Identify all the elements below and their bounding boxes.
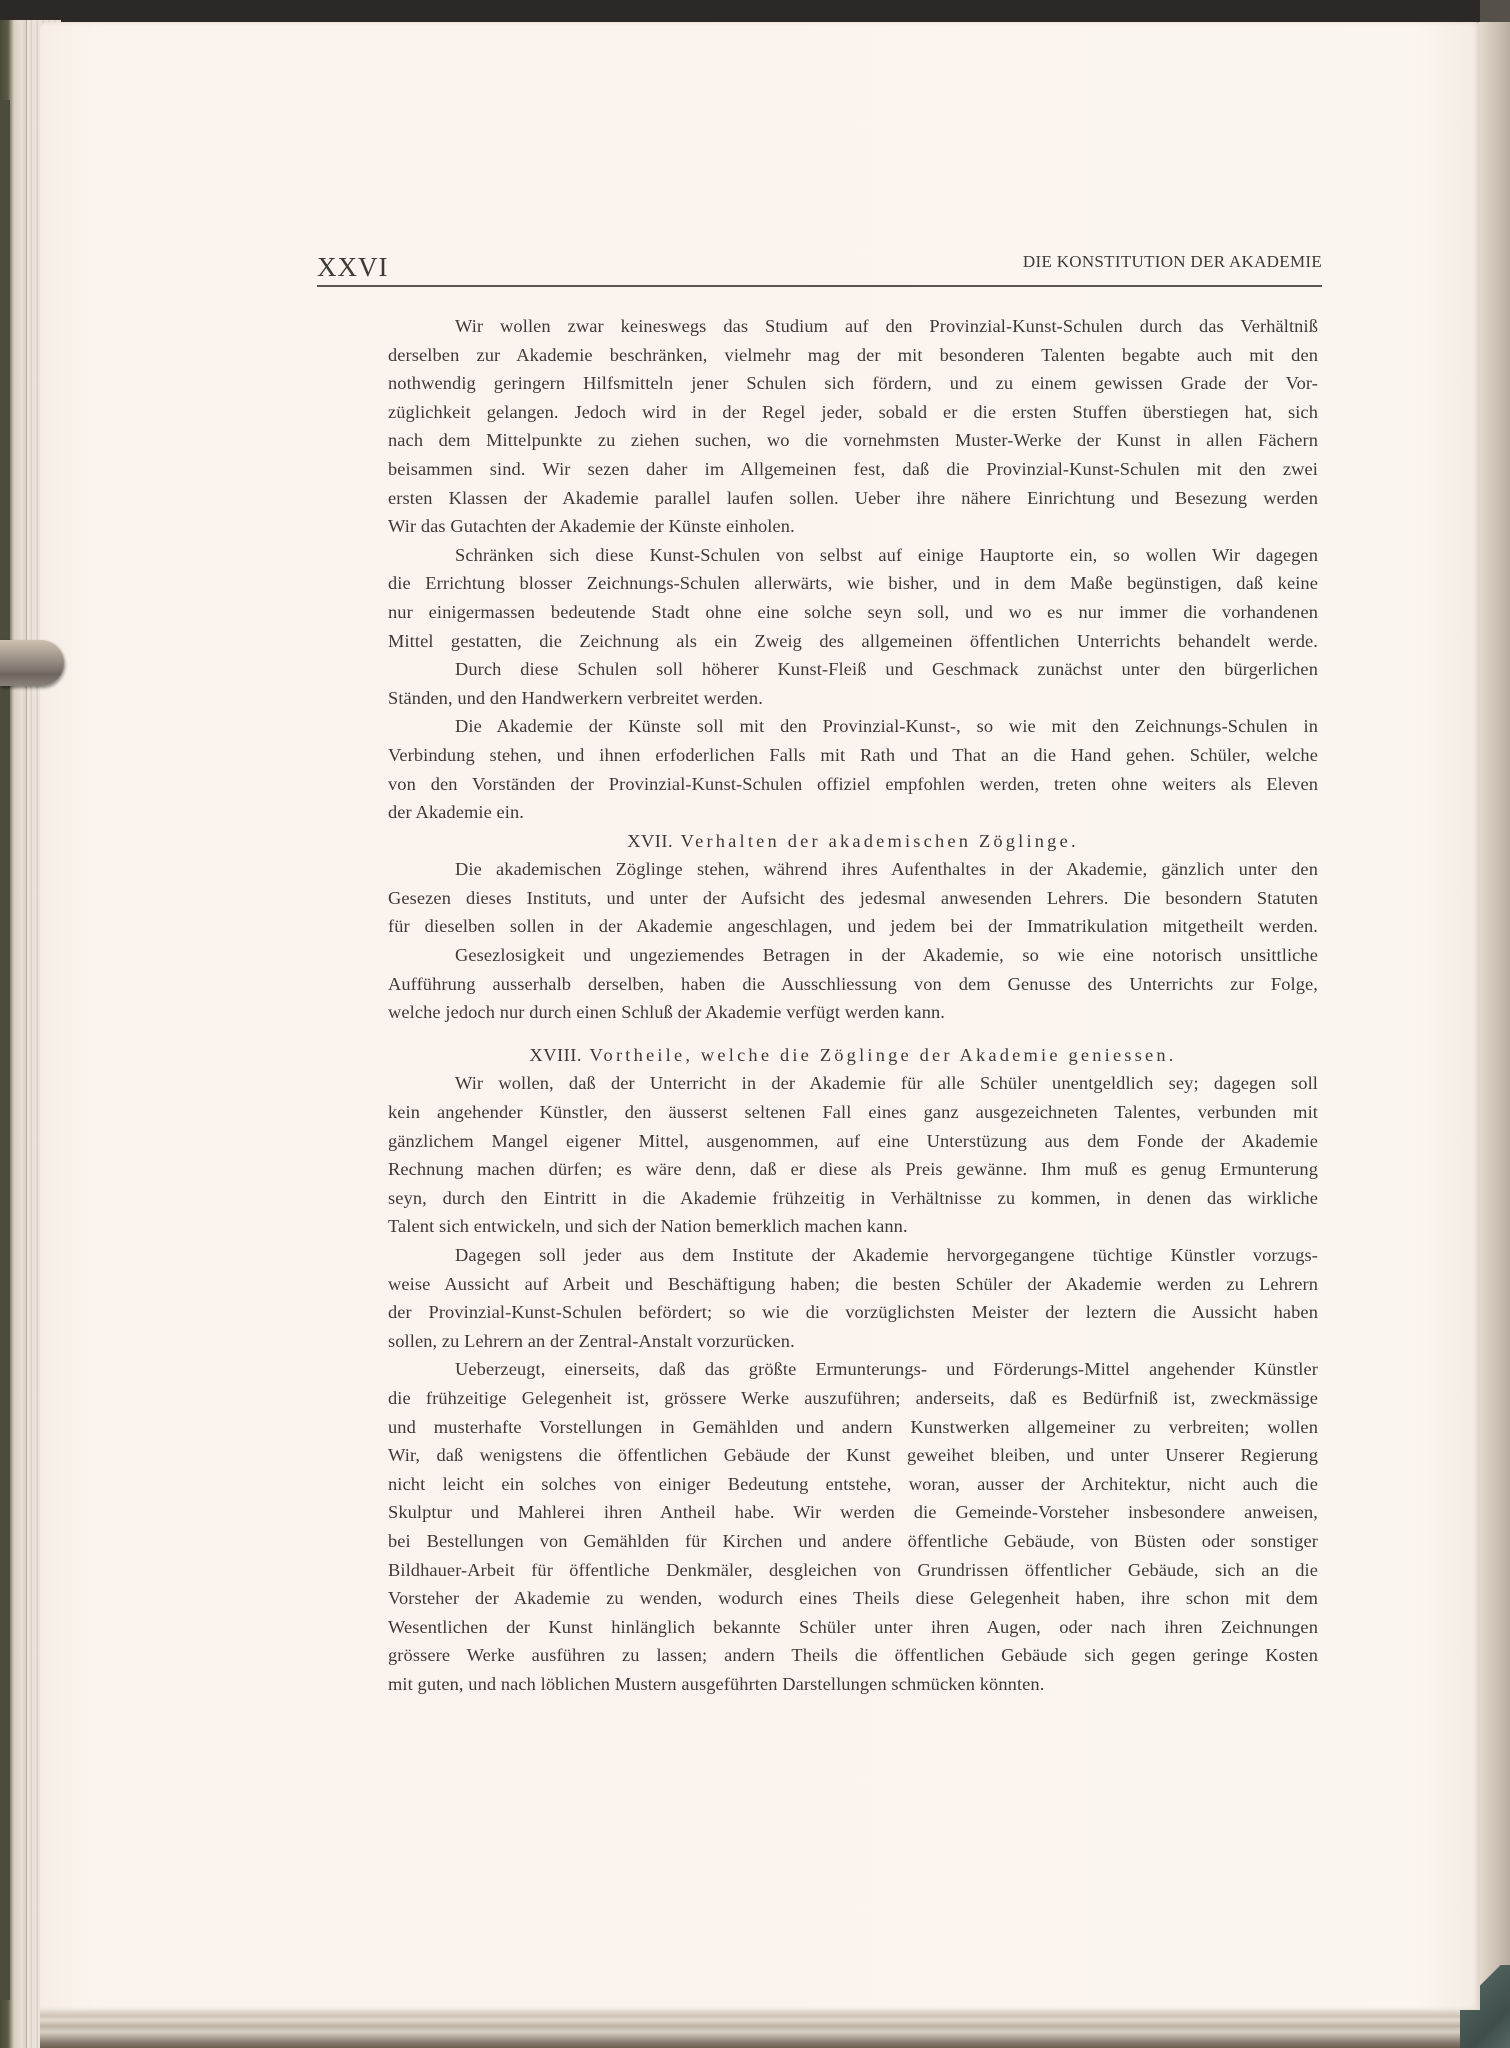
paragraph: Dagegen soll jeder aus dem Institute der…: [388, 1241, 1318, 1355]
text-line: Mittel gestatten, die Zeichnung als ein …: [388, 627, 1318, 656]
text-line: Wir das Gutachten der Akademie der Künst…: [388, 512, 1318, 541]
text-line: derselben zur Akademie beschränken, viel…: [388, 341, 1318, 370]
paragraph: Wir wollen, daß der Unterricht in der Ak…: [388, 1069, 1318, 1241]
text-line: Talent sich entwickeln, und sich der Nat…: [388, 1212, 1318, 1241]
body-text: Wir wollen zwar keineswegs das Studium a…: [388, 312, 1318, 1699]
text-line: Wesentlichen der Kunst hinlänglich bekan…: [388, 1613, 1318, 1642]
text-line: gänzlichem Mangel eigener Mittel, ausgen…: [388, 1127, 1318, 1156]
text-line: nothwendig geringern Hilfsmitteln jener …: [388, 369, 1318, 398]
text-line: sollen, zu Lehrern an der Zentral-Anstal…: [388, 1327, 1318, 1356]
page-stack-bottom: [40, 2010, 1480, 2048]
text-line: grössere Werke ausführen zu lassen; ande…: [388, 1641, 1318, 1670]
text-line: züglichkeit gelangen. Jedoch wird in der…: [388, 398, 1318, 427]
text-line: Aufführung ausserhalb derselben, haben d…: [388, 970, 1318, 999]
paragraph: Die akademischen Zöglinge stehen, währen…: [388, 855, 1318, 941]
section-heading-xvii: XVII. Verhalten der akademischen Zögling…: [388, 827, 1318, 856]
paragraph: Die Akademie der Künste soll mit den Pro…: [388, 712, 1318, 826]
text-line: Gesezen dieses Instituts, und unter der …: [388, 884, 1318, 913]
text-line: Wir wollen zwar keineswegs das Studium a…: [388, 312, 1318, 341]
text-line: Wir wollen, daß der Unterricht in der Ak…: [388, 1069, 1318, 1098]
text-line: Gesezlosigkeit und ungeziemendes Betrage…: [388, 941, 1318, 970]
paragraph: Durch diese Schulen soll höherer Kunst-F…: [388, 655, 1318, 712]
text-line: Bildhauer-Arbeit für öffentliche Denkmäl…: [388, 1556, 1318, 1585]
paragraph: Gesezlosigkeit und ungeziemendes Betrage…: [388, 941, 1318, 1027]
paragraph: Schränken sich diese Kunst-Schulen von s…: [388, 541, 1318, 655]
text-line: Dagegen soll jeder aus dem Institute der…: [388, 1241, 1318, 1270]
text-line: seyn, durch den Eintritt in die Akademie…: [388, 1184, 1318, 1213]
text-line: von den Vorständen der Provinzial-Kunst-…: [388, 770, 1318, 799]
page-stack-right: [1478, 22, 1510, 2048]
text-line: Skulptur und Mahlerei ihren Antheil habe…: [388, 1498, 1318, 1527]
text-line: die frühzeitige Gelegenheit ist, grösser…: [388, 1384, 1318, 1413]
section-heading-xviii: XVIII. Vortheile, welche die Zöglinge de…: [388, 1041, 1318, 1070]
paragraph: Wir wollen zwar keineswegs das Studium a…: [388, 312, 1318, 541]
text-line: Wir, daß wenigstens die öffentlichen Geb…: [388, 1441, 1318, 1470]
text-line: nicht leicht ein solches von einiger Bed…: [388, 1470, 1318, 1499]
text-line: Rechnung machen dürfen; es wäre denn, da…: [388, 1155, 1318, 1184]
text-line: welche jedoch nur durch einen Schluß der…: [388, 998, 1318, 1027]
section-number: XVIII.: [529, 1045, 582, 1065]
text-line: und musterhafte Vorstellungen in Gemähld…: [388, 1413, 1318, 1442]
text-line: mit guten, und nach löblichen Mustern au…: [388, 1670, 1318, 1699]
text-line: Vorsteher der Akademie zu wenden, wodurc…: [388, 1584, 1318, 1613]
text-line: kein angehender Künstler, den äusserst s…: [388, 1098, 1318, 1127]
page-clip: [0, 640, 64, 686]
text-line: Ständen, und den Handwerkern verbreitet …: [388, 684, 1318, 713]
running-head: XXVI DIE KONSTITUTION DER AKADEMIE: [317, 248, 1322, 284]
text-line: der Akademie ein.: [388, 798, 1318, 827]
page-number: XXVI: [317, 252, 389, 283]
section-title: Verhalten der akademischen Zöglinge.: [681, 831, 1079, 851]
text-line: Durch diese Schulen soll höherer Kunst-F…: [388, 655, 1318, 684]
section-number: XVII.: [627, 831, 673, 851]
header-rule: [317, 285, 1322, 287]
text-line: Die akademischen Zöglinge stehen, währen…: [388, 855, 1318, 884]
text-line: Verbindung stehen, und ihnen erfoderlich…: [388, 741, 1318, 770]
section-title: Vortheile, welche die Zöglinge der Akade…: [589, 1045, 1176, 1065]
text-line: für dieselben sollen in der Akademie ang…: [388, 912, 1318, 941]
text-line: bei Bestellungen von Gemählden für Kirch…: [388, 1527, 1318, 1556]
text-line: beisammen sind. Wir sezen daher im Allge…: [388, 455, 1318, 484]
text-line: die Errichtung blosser Zeichnungs-Schule…: [388, 569, 1318, 598]
text-line: nur einigermassen bedeutende Stadt ohne …: [388, 598, 1318, 627]
text-line: nach dem Mittelpunkte zu ziehen suchen, …: [388, 426, 1318, 455]
text-line: Schränken sich diese Kunst-Schulen von s…: [388, 541, 1318, 570]
text-line: Ueberzeugt, einerseits, daß das größte E…: [388, 1355, 1318, 1384]
running-title: DIE KONSTITUTION DER AKADEMIE: [1023, 252, 1322, 272]
text-line: der Provinzial-Kunst-Schulen befördert; …: [388, 1298, 1318, 1327]
text-line: ersten Klassen der Akademie parallel lau…: [388, 484, 1318, 513]
book-cover-cloth: [0, 100, 10, 2000]
text-line: weise Aussicht auf Arbeit und Beschäftig…: [388, 1270, 1318, 1299]
paragraph: Ueberzeugt, einerseits, daß das größte E…: [388, 1355, 1318, 1698]
text-line: Die Akademie der Künste soll mit den Pro…: [388, 712, 1318, 741]
